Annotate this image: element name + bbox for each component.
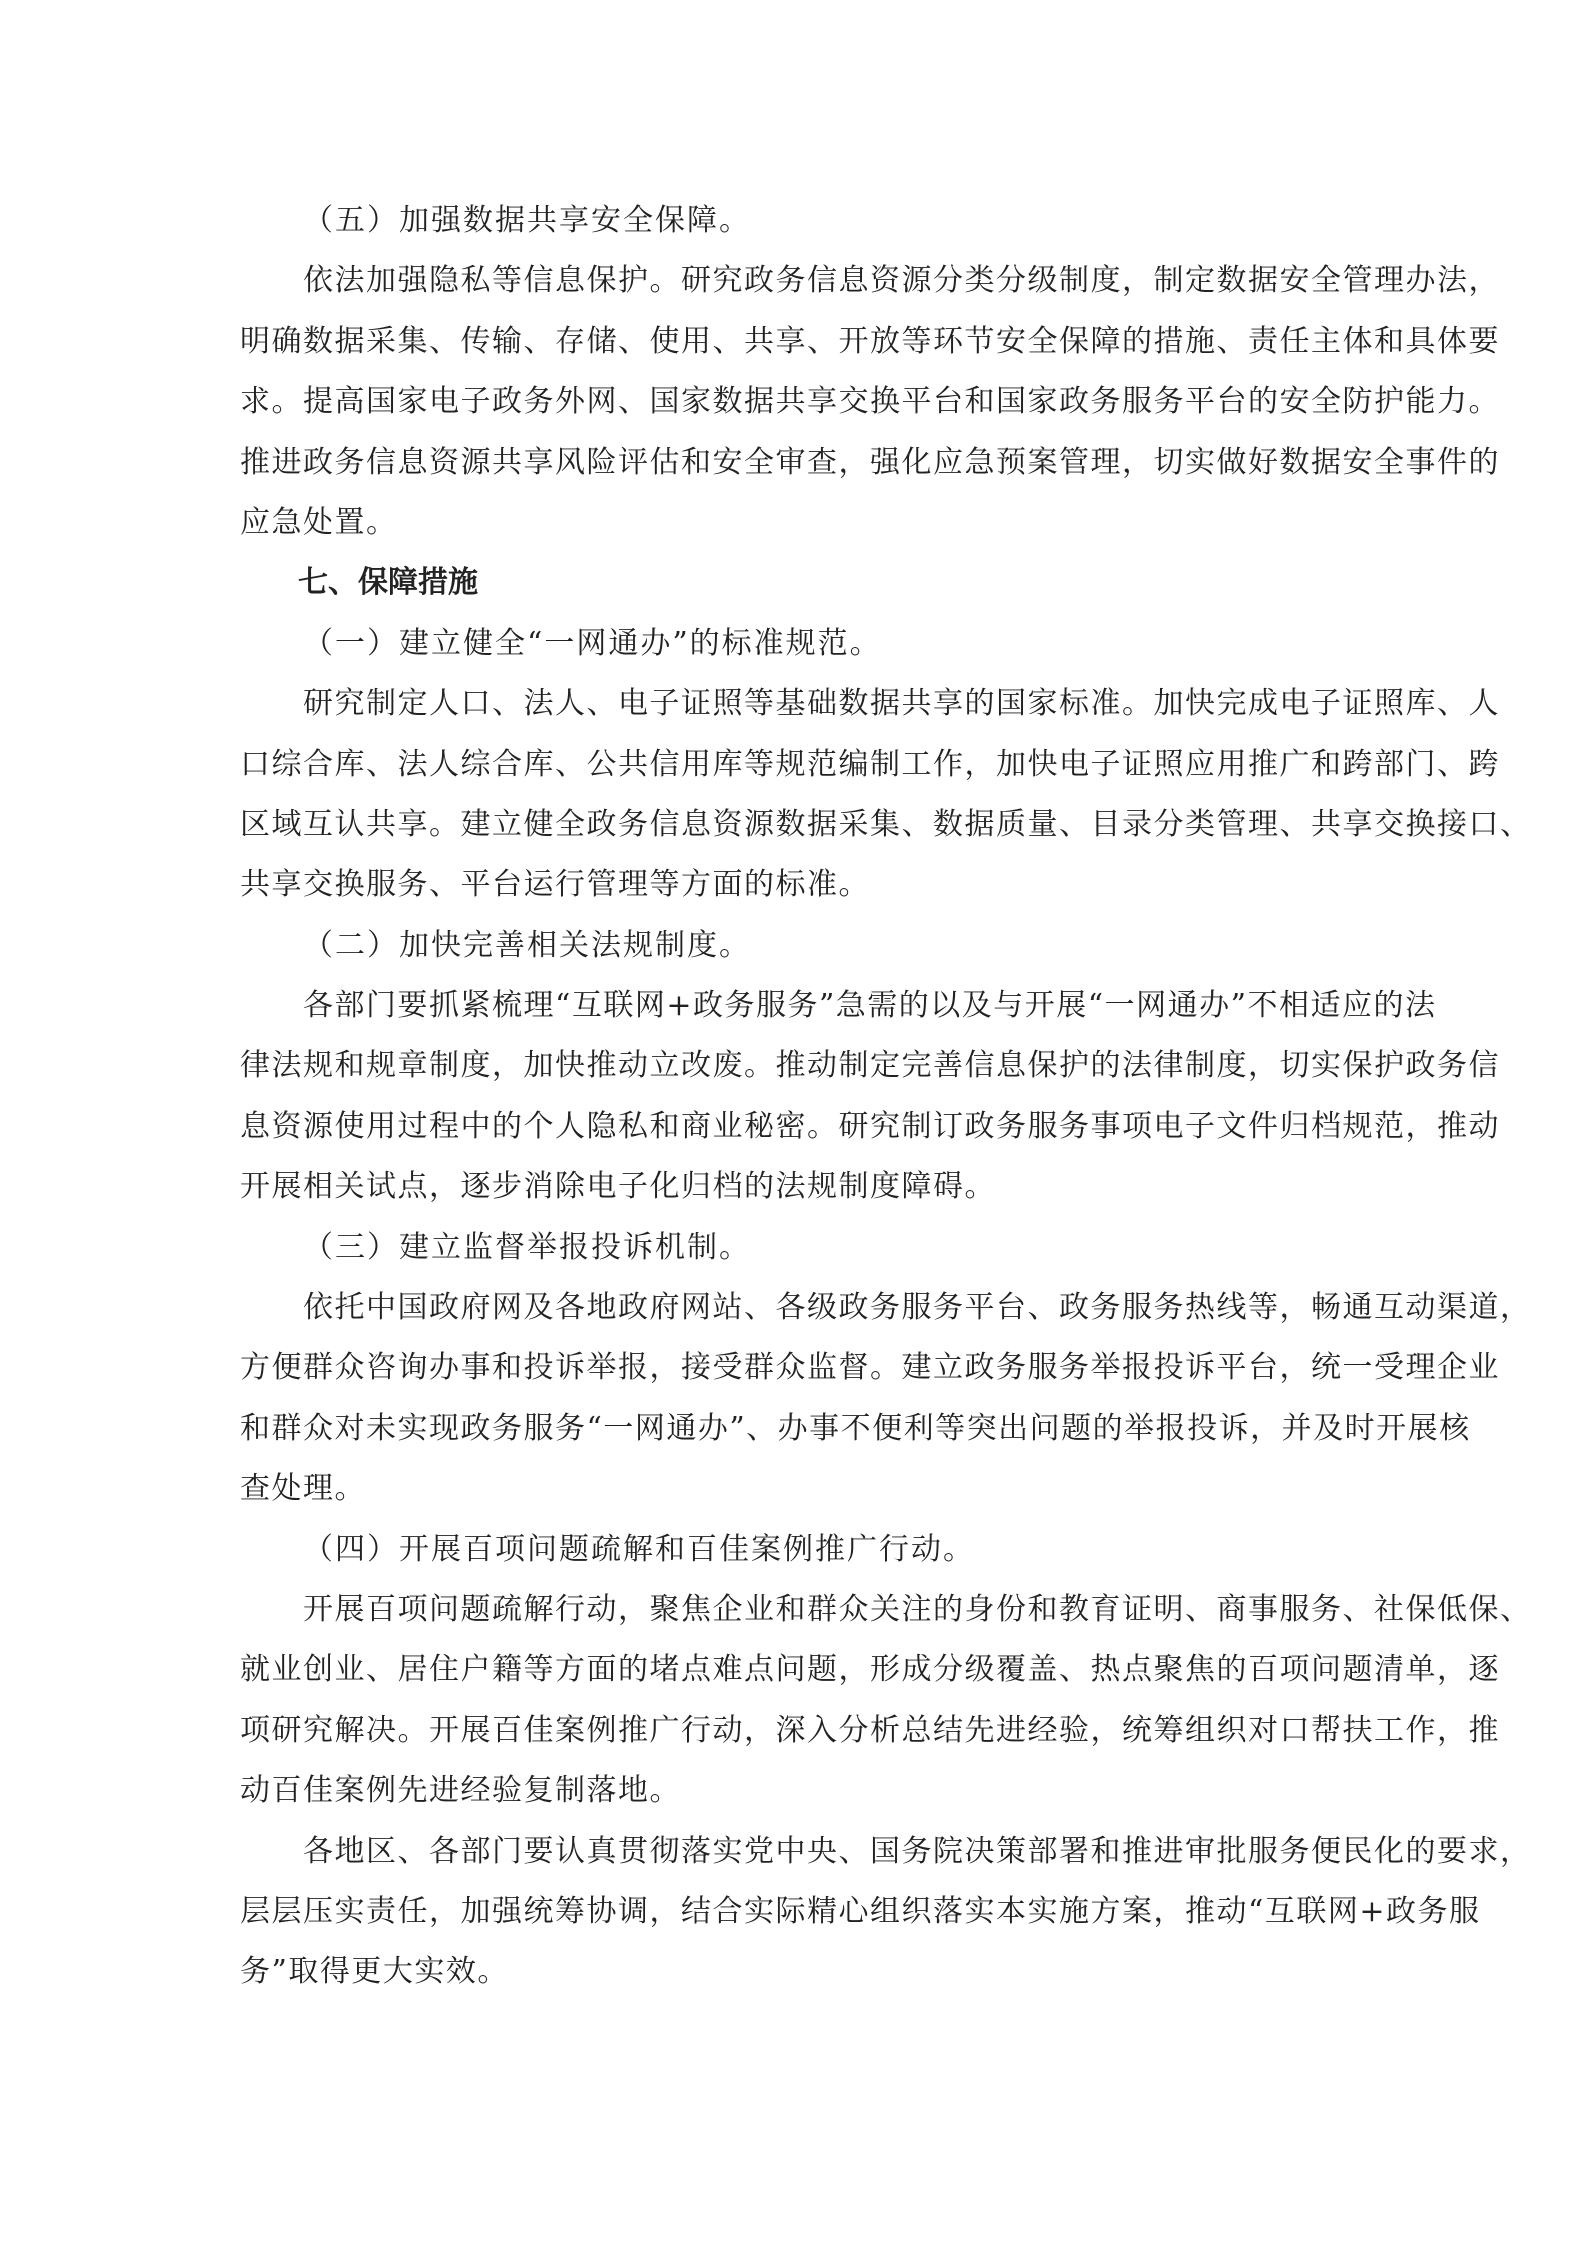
subheading-supervision-complaints: （三）建立监督举报投诉机制。 bbox=[240, 1218, 1346, 1278]
section-heading-safeguard-measures: 七、保障措施 bbox=[240, 553, 1346, 613]
paragraph-line: 项研究解决。开展百佳案例推广行动，深入分析总结先进经验，统筹组织对口帮扶工作，推 bbox=[240, 1701, 1346, 1761]
paragraph-supervision-complaints: 依托中国政府网及各地政府网站、各级政务服务平台、政务服务热线等，畅通互动渠道， … bbox=[240, 1278, 1346, 1520]
paragraph-data-security-measures: 依法加强隐私等信息保护。研究政务信息资源分类分级制度，制定数据安全管理办法， 明… bbox=[240, 251, 1346, 553]
paragraph-line: 各部门要抓紧梳理“互联网+政务服务”急需的以及与开展“一网通办”不相适应的法 bbox=[240, 976, 1346, 1036]
paragraph-line: 息资源使用过程中的个人隐私和商业秘密。研究制订政务服务事项电子文件归档规范，推动 bbox=[240, 1097, 1346, 1157]
paragraph-hundred-problems-cases: 开展百项问题疏解行动，聚焦企业和群众关注的身份和教育证明、商事服务、社保低保、 … bbox=[240, 1580, 1346, 1822]
subheading-hundred-problems-cases: （四）开展百项问题疏解和百佳案例推广行动。 bbox=[240, 1520, 1346, 1580]
paragraph-line: 研究制定人口、法人、电子证照等基础数据共享的国家标准。加快完成电子证照库、人 bbox=[240, 674, 1346, 734]
paragraph-line: 开展百项问题疏解行动，聚焦企业和群众关注的身份和教育证明、商事服务、社保低保、 bbox=[240, 1580, 1346, 1640]
paragraph-line: 应急处置。 bbox=[240, 493, 1346, 553]
paragraph-line: 口综合库、法人综合库、公共信用库等规范编制工作，加快电子证照应用推广和跨部门、跨 bbox=[240, 735, 1346, 795]
paragraph-line: 各地区、各部门要认真贯彻落实党中央、国务院决策部署和推进审批服务便民化的要求， bbox=[240, 1822, 1346, 1882]
paragraph-line: 方便群众咨询办事和投诉举报，接受群众监督。建立政务服务举报投诉平台，统一受理企业 bbox=[240, 1338, 1346, 1398]
paragraph-line: 求。提高国家电子政务外网、国家数据共享交换平台和国家政务服务平台的安全防护能力。 bbox=[240, 372, 1346, 432]
paragraph-line: 务”取得更大实效。 bbox=[240, 1942, 1346, 2002]
document-page: （五）加强数据共享安全保障。 依法加强隐私等信息保护。研究政务信息资源分类分级制… bbox=[240, 191, 1346, 2003]
paragraph-line: 共享交换服务、平台运行管理等方面的标准。 bbox=[240, 855, 1346, 915]
paragraph-line: 律法规和规章制度，加快推动立改废。推动制定完善信息保护的法律制度，切实保护政务信 bbox=[240, 1036, 1346, 1096]
section-heading-line: 七、保障措施 bbox=[240, 553, 1346, 613]
paragraph-closing-requirements: 各地区、各部门要认真贯彻落实党中央、国务院决策部署和推进审批服务便民化的要求， … bbox=[240, 1822, 1346, 2003]
paragraph-line: 就业创业、居住户籍等方面的堵点难点问题，形成分级覆盖、热点聚焦的百项问题清单，逐 bbox=[240, 1640, 1346, 1700]
subheading-line: （二）加快完善相关法规制度。 bbox=[240, 916, 1346, 976]
paragraph-line: 明确数据采集、传输、存储、使用、共享、开放等环节安全保障的措施、责任主体和具体要 bbox=[240, 312, 1346, 372]
subheading-improve-laws-regulations: （二）加快完善相关法规制度。 bbox=[240, 916, 1346, 976]
subheading-one-network-standards: （一）建立健全“一网通办”的标准规范。 bbox=[240, 614, 1346, 674]
paragraph-laws-regulations: 各部门要抓紧梳理“互联网+政务服务”急需的以及与开展“一网通办”不相适应的法 律… bbox=[240, 976, 1346, 1218]
subheading-strengthen-data-sharing-security: （五）加强数据共享安全保障。 bbox=[240, 191, 1346, 251]
subheading-line: （五）加强数据共享安全保障。 bbox=[240, 191, 1346, 251]
paragraph-national-standards: 研究制定人口、法人、电子证照等基础数据共享的国家标准。加快完成电子证照库、人 口… bbox=[240, 674, 1346, 916]
paragraph-line: 开展相关试点，逐步消除电子化归档的法规制度障碍。 bbox=[240, 1157, 1346, 1217]
paragraph-line: 依法加强隐私等信息保护。研究政务信息资源分类分级制度，制定数据安全管理办法， bbox=[240, 251, 1346, 311]
subheading-line: （一）建立健全“一网通办”的标准规范。 bbox=[240, 614, 1346, 674]
paragraph-line: 动百佳案例先进经验复制落地。 bbox=[240, 1761, 1346, 1821]
subheading-line: （三）建立监督举报投诉机制。 bbox=[240, 1218, 1346, 1278]
paragraph-line: 和群众对未实现政务服务“一网通办”、办事不便利等突出问题的举报投诉，并及时开展核 bbox=[240, 1399, 1346, 1459]
paragraph-line: 层层压实责任，加强统筹协调，结合实际精心组织落实本实施方案，推动“互联网+政务服 bbox=[240, 1882, 1346, 1942]
paragraph-line: 依托中国政府网及各地政府网站、各级政务服务平台、政务服务热线等，畅通互动渠道， bbox=[240, 1278, 1346, 1338]
paragraph-line: 推进政务信息资源共享风险评估和安全审查，强化应急预案管理，切实做好数据安全事件的 bbox=[240, 433, 1346, 493]
subheading-line: （四）开展百项问题疏解和百佳案例推广行动。 bbox=[240, 1520, 1346, 1580]
paragraph-line: 查处理。 bbox=[240, 1459, 1346, 1519]
paragraph-line: 区域互认共享。建立健全政务信息资源数据采集、数据质量、目录分类管理、共享交换接口… bbox=[240, 795, 1346, 855]
